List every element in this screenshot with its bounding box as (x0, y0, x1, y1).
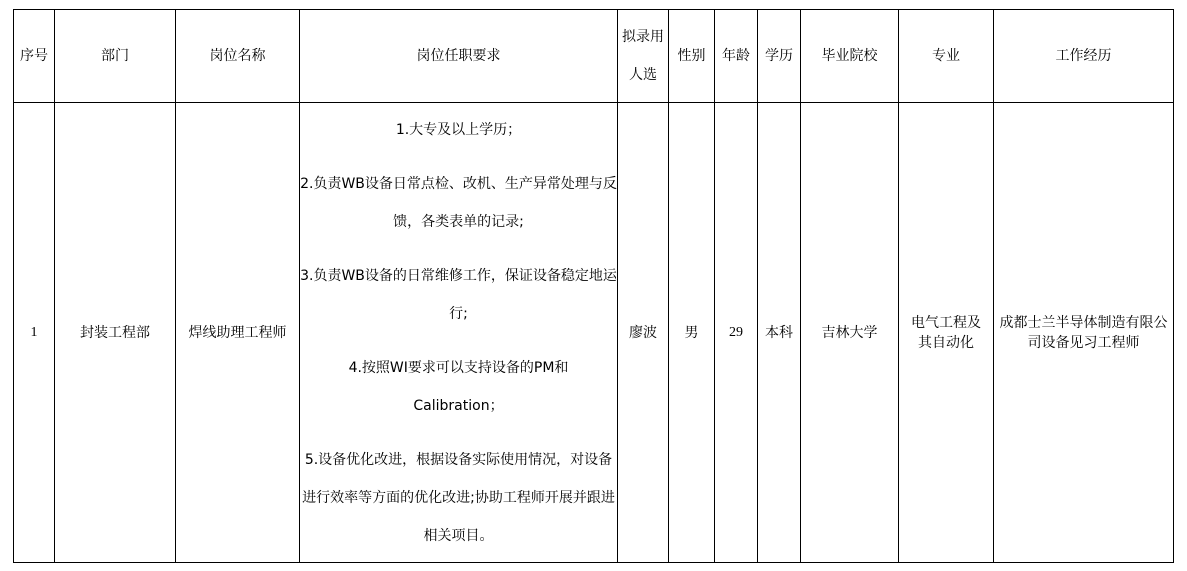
header-requirements: 岗位任职要求 (300, 10, 618, 103)
recruitment-table: 序号 部门 岗位名称 岗位任职要求 拟录用人选 性别 年龄 学历 毕业院校 专业… (13, 9, 1174, 563)
header-education: 学历 (758, 10, 801, 103)
requirement-item: 2.负责WB设备日常点检、改机、生产异常处理与反馈，各类表单的记录; (300, 165, 617, 241)
cell-department: 封装工程部 (55, 103, 176, 563)
requirement-item: 1.大专及以上学历； (300, 111, 617, 149)
header-age: 年龄 (715, 10, 758, 103)
cell-candidate: 廖波 (618, 103, 669, 563)
header-position: 岗位名称 (176, 10, 300, 103)
cell-major: 电气工程及其自动化 (899, 103, 994, 563)
table-row: 1 封装工程部 焊线助理工程师 1.大专及以上学历； 2.负责WB设备日常点检、… (14, 103, 1174, 563)
cell-age: 29 (715, 103, 758, 563)
cell-gender: 男 (669, 103, 715, 563)
header-experience: 工作经历 (994, 10, 1174, 103)
header-row: 序号 部门 岗位名称 岗位任职要求 拟录用人选 性别 年龄 学历 毕业院校 专业… (14, 10, 1174, 103)
cell-position: 焊线助理工程师 (176, 103, 300, 563)
cell-school: 吉林大学 (801, 103, 899, 563)
header-department: 部门 (55, 10, 176, 103)
requirement-item: 5.设备优化改进，根据设备实际使用情况，对设备进行效率等方面的优化改进;协助工程… (300, 441, 617, 555)
header-candidate: 拟录用人选 (618, 10, 669, 103)
requirement-item: 4.按照WI要求可以支持设备的PM和Calibration； (300, 349, 617, 425)
cell-experience: 成都士兰半导体制造有限公司设备见习工程师 (994, 103, 1174, 563)
requirement-item: 3.负责WB设备的日常维修工作，保证设备稳定地运行; (300, 257, 617, 333)
header-index: 序号 (14, 10, 55, 103)
header-gender: 性别 (669, 10, 715, 103)
cell-index: 1 (14, 103, 55, 563)
header-major: 专业 (899, 10, 994, 103)
cell-requirements: 1.大专及以上学历； 2.负责WB设备日常点检、改机、生产异常处理与反馈，各类表… (300, 103, 618, 563)
cell-education: 本科 (758, 103, 801, 563)
header-school: 毕业院校 (801, 10, 899, 103)
